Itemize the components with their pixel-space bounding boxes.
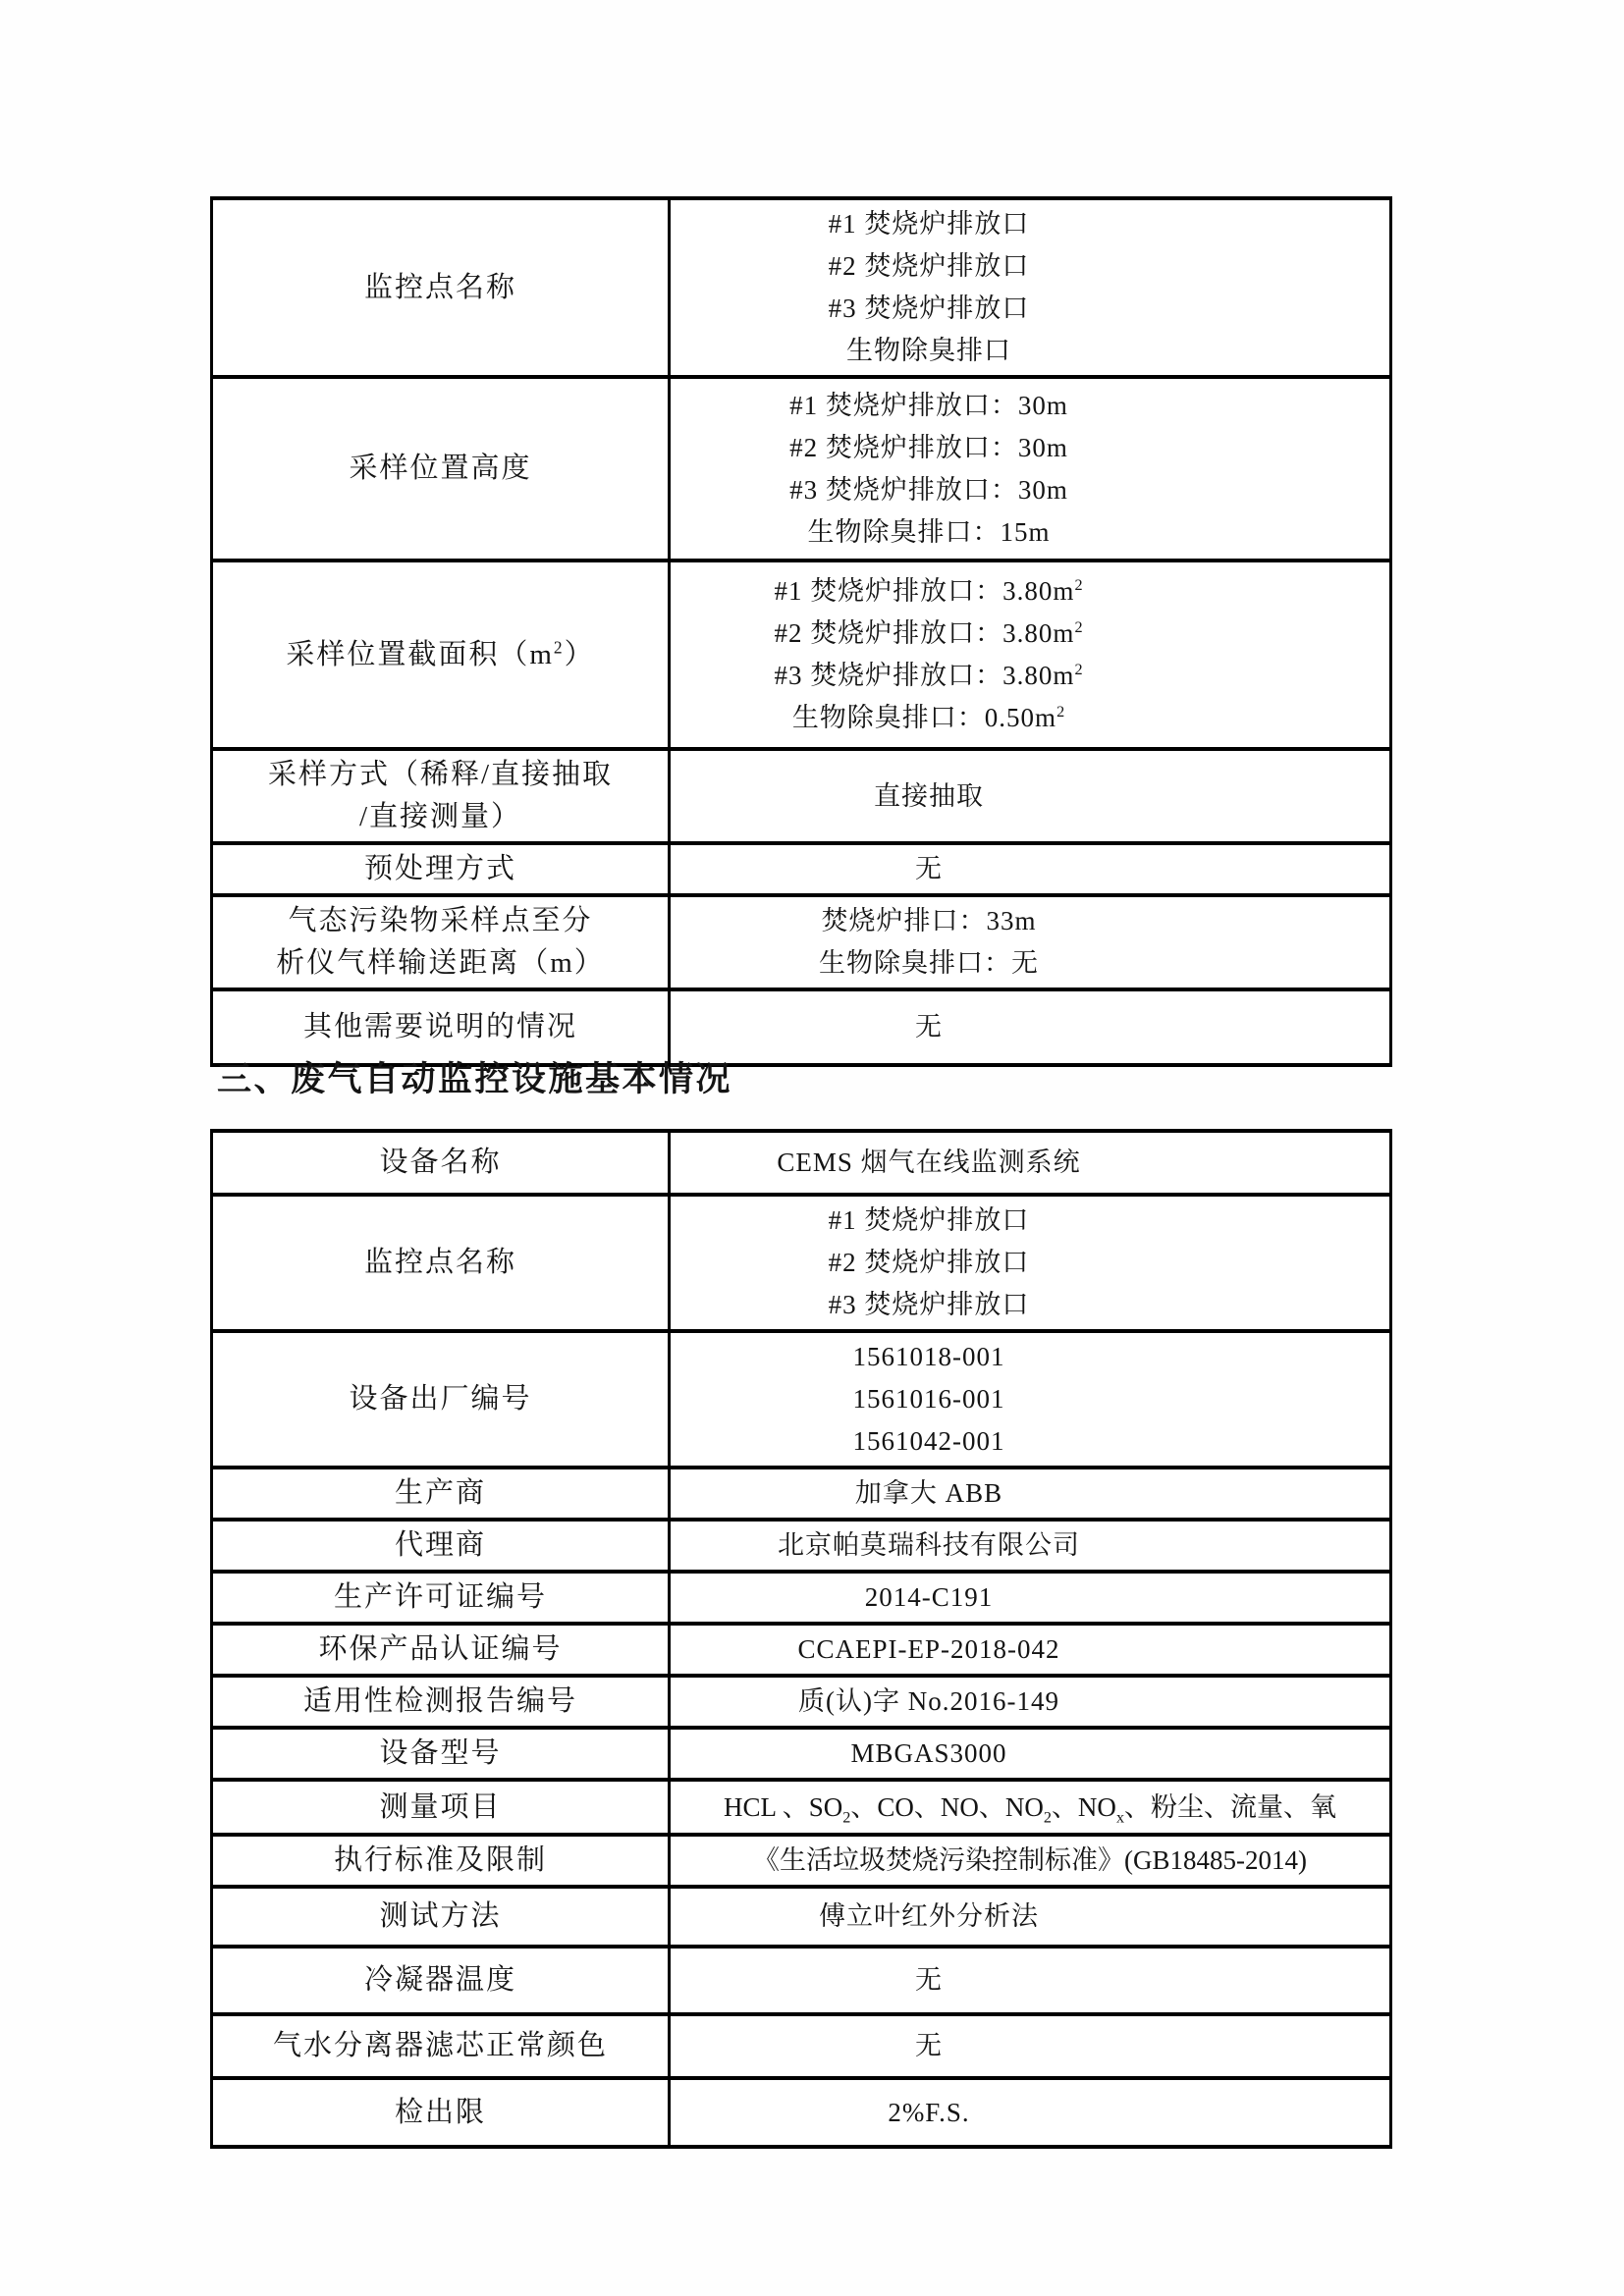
table-row: 监控点名称#1 焚烧炉排放口#2 焚烧炉排放口#3 焚烧炉排放口生物除臭排口 — [213, 200, 1389, 379]
row-label-cell: 设备型号 — [213, 1730, 671, 1778]
row-label-cell: 环保产品认证编号 — [213, 1626, 671, 1674]
table-row: 采样位置截面积（m2）#1 焚烧炉排放口：3.80m2#2 焚烧炉排放口：3.8… — [213, 562, 1389, 751]
superscript: 2 — [1074, 618, 1083, 636]
row-value-cell: 1561018-0011561016-0011561042-001 — [671, 1333, 1389, 1466]
cell-line: #2 焚烧炉排放口：3.80m2 — [677, 613, 1181, 655]
cell-line: 生物除臭排口：无 — [677, 942, 1181, 985]
row-value-cell: HCL 、SO2、CO、NO、NO2、NOx、粉尘、流量、氧 — [671, 1782, 1389, 1833]
cell-line: 设备型号 — [217, 1733, 664, 1775]
cell-line: 无 — [677, 848, 1181, 890]
section-heading: 三、废气自动监控设施基本情况 — [217, 1056, 732, 1103]
row-value-cell: MBGAS3000 — [671, 1730, 1389, 1778]
cell-line: 傅立叶红外分析法 — [677, 1896, 1181, 1938]
row-value-cell: 质(认)字 No.2016-149 — [671, 1678, 1389, 1726]
row-label-cell: 生产商 — [213, 1469, 671, 1518]
cell-line: 测试方法 — [217, 1896, 664, 1938]
row-label-cell: 监控点名称 — [213, 200, 671, 375]
row-value-cell: 无 — [671, 845, 1389, 893]
cell-line: HCL 、SO2、CO、NO、NO2、NOx、粉尘、流量、氧 — [677, 1787, 1383, 1829]
row-label-cell: 采样位置截面积（m2） — [213, 562, 671, 747]
cell-line: #2 焚烧炉排放口：30m — [677, 427, 1181, 469]
cell-line: 测量项目 — [217, 1787, 664, 1829]
cell-line: 1561016-001 — [677, 1378, 1181, 1420]
cell-line: 生物除臭排口：15m — [677, 511, 1181, 554]
row-value-cell: 傅立叶红外分析法 — [671, 1889, 1389, 1945]
row-label-cell: 代理商 — [213, 1522, 671, 1570]
cell-line: 北京帕莫瑞科技有限公司 — [677, 1524, 1181, 1567]
cell-line: 1561042-001 — [677, 1420, 1181, 1463]
superscript: 2 — [1074, 576, 1083, 594]
cell-line: #2 焚烧炉排放口 — [677, 1242, 1181, 1284]
row-label-cell: 其他需要说明的情况 — [213, 991, 671, 1063]
table-row: 气水分离器滤芯正常颜色无 — [213, 2016, 1389, 2080]
cell-line: 质(认)字 No.2016-149 — [677, 1681, 1181, 1723]
cell-line: 采样方式（稀释/直接抽取 — [217, 754, 664, 796]
row-label-cell: 气水分离器滤芯正常颜色 — [213, 2016, 671, 2076]
cell-line: 气水分离器滤芯正常颜色 — [217, 2025, 664, 2067]
cell-line: #2 焚烧炉排放口 — [677, 245, 1181, 288]
cell-line: CCAEPI-EP-2018-042 — [677, 1629, 1181, 1671]
cell-line: 采样位置截面积（m2） — [217, 634, 664, 676]
cell-line: #3 焚烧炉排放口 — [677, 1284, 1181, 1326]
row-value-cell: CCAEPI-EP-2018-042 — [671, 1626, 1389, 1674]
row-value-cell: 直接抽取 — [671, 751, 1389, 841]
row-label-cell: 测量项目 — [213, 1782, 671, 1833]
row-label-cell: 监控点名称 — [213, 1197, 671, 1329]
table-row: 气态污染物采样点至分析仪气样输送距离（m）焚烧炉排口：33m生物除臭排口：无 — [213, 897, 1389, 991]
cems-facility-table: 设备名称CEMS 烟气在线监测系统监控点名称#1 焚烧炉排放口#2 焚烧炉排放口… — [210, 1129, 1392, 2149]
cell-line: #1 焚烧炉排放口：30m — [677, 385, 1181, 427]
row-label-cell: 冷凝器温度 — [213, 1949, 671, 2012]
row-value-cell: 加拿大 ABB — [671, 1469, 1389, 1518]
superscript: 2 — [1056, 703, 1065, 721]
cell-line: 直接抽取 — [677, 775, 1181, 818]
cell-line: 无 — [677, 1959, 1181, 2002]
row-value-cell: #1 焚烧炉排放口：30m#2 焚烧炉排放口：30m#3 焚烧炉排放口：30m生… — [671, 379, 1389, 559]
cell-line: #3 焚烧炉排放口 — [677, 288, 1181, 330]
waste-gas-sampling-table: 监控点名称#1 焚烧炉排放口#2 焚烧炉排放口#3 焚烧炉排放口生物除臭排口采样… — [210, 196, 1392, 1067]
table-row: 适用性检测报告编号质(认)字 No.2016-149 — [213, 1678, 1389, 1730]
row-label-cell: 生产许可证编号 — [213, 1574, 671, 1622]
cell-line: 加拿大 ABB — [677, 1472, 1181, 1515]
cell-line: #3 焚烧炉排放口：3.80m2 — [677, 655, 1181, 697]
row-label-cell: 预处理方式 — [213, 845, 671, 893]
table-row: 监控点名称#1 焚烧炉排放口#2 焚烧炉排放口#3 焚烧炉排放口 — [213, 1197, 1389, 1333]
cell-line: 无 — [677, 2025, 1181, 2067]
cell-line: 设备出厂编号 — [217, 1378, 664, 1420]
cell-line: 焚烧炉排口：33m — [677, 900, 1181, 942]
superscript: 2 — [554, 637, 565, 657]
cell-line: 无 — [677, 1006, 1181, 1048]
row-value-cell: CEMS 烟气在线监测系统 — [671, 1133, 1389, 1193]
cell-line: #1 焚烧炉排放口 — [677, 1200, 1181, 1242]
cell-line: /直接测量） — [217, 796, 664, 838]
table-row: 预处理方式无 — [213, 845, 1389, 897]
row-value-cell: 2014-C191 — [671, 1574, 1389, 1622]
row-value-cell: 无 — [671, 991, 1389, 1063]
table-row: 环保产品认证编号CCAEPI-EP-2018-042 — [213, 1626, 1389, 1678]
cell-line: 析仪气样输送距离（m） — [217, 942, 664, 985]
cell-line: #1 焚烧炉排放口 — [677, 203, 1181, 245]
row-label-cell: 采样方式（稀释/直接抽取/直接测量） — [213, 751, 671, 841]
row-value-cell: #1 焚烧炉排放口：3.80m2#2 焚烧炉排放口：3.80m2#3 焚烧炉排放… — [671, 562, 1389, 747]
cell-line: 代理商 — [217, 1524, 664, 1567]
row-label-cell: 气态污染物采样点至分析仪气样输送距离（m） — [213, 897, 671, 988]
cell-line: 执行标准及限制 — [217, 1840, 664, 1882]
cell-line: 其他需要说明的情况 — [217, 1006, 664, 1048]
row-label-cell: 执行标准及限制 — [213, 1837, 671, 1885]
cell-line: 检出限 — [217, 2092, 664, 2134]
cell-line: #1 焚烧炉排放口：3.80m2 — [677, 570, 1181, 613]
cell-line: 适用性检测报告编号 — [217, 1681, 664, 1723]
row-label-cell: 适用性检测报告编号 — [213, 1678, 671, 1726]
table-row: 设备型号MBGAS3000 — [213, 1730, 1389, 1782]
cell-line: 生物除臭排口：0.50m2 — [677, 697, 1181, 739]
cell-line: 《生活垃圾焚烧污染控制标准》(GB18485-2014) — [677, 1840, 1383, 1882]
row-label-cell: 设备出厂编号 — [213, 1333, 671, 1466]
table-row: 检出限2%F.S. — [213, 2080, 1389, 2145]
superscript: 2 — [1074, 661, 1083, 678]
cell-line: 采样位置高度 — [217, 448, 664, 490]
table-row: 冷凝器温度无 — [213, 1949, 1389, 2016]
table-row: 生产商加拿大 ABB — [213, 1469, 1389, 1522]
subscript: 2 — [1044, 1808, 1052, 1826]
row-value-cell: #1 焚烧炉排放口#2 焚烧炉排放口#3 焚烧炉排放口生物除臭排口 — [671, 200, 1389, 375]
row-value-cell: #1 焚烧炉排放口#2 焚烧炉排放口#3 焚烧炉排放口 — [671, 1197, 1389, 1329]
table-row: 采样位置高度#1 焚烧炉排放口：30m#2 焚烧炉排放口：30m#3 焚烧炉排放… — [213, 379, 1389, 562]
cell-line: 冷凝器温度 — [217, 1959, 664, 2002]
row-value-cell: 2%F.S. — [671, 2080, 1389, 2145]
row-label-cell: 设备名称 — [213, 1133, 671, 1193]
cell-line: 生物除臭排口 — [677, 330, 1181, 372]
cell-line: 设备名称 — [217, 1142, 664, 1184]
row-value-cell: 无 — [671, 1949, 1389, 2012]
table-row: 测量项目HCL 、SO2、CO、NO、NO2、NOx、粉尘、流量、氧 — [213, 1782, 1389, 1837]
cell-line: #3 焚烧炉排放口：30m — [677, 469, 1181, 511]
cell-line: 2%F.S. — [677, 2092, 1181, 2134]
cell-line: 监控点名称 — [217, 267, 664, 309]
document-page: 监控点名称#1 焚烧炉排放口#2 焚烧炉排放口#3 焚烧炉排放口生物除臭排口采样… — [0, 0, 1624, 2296]
row-label-cell: 采样位置高度 — [213, 379, 671, 559]
cell-line: 生产商 — [217, 1472, 664, 1515]
table-row: 执行标准及限制《生活垃圾焚烧污染控制标准》(GB18485-2014) — [213, 1837, 1389, 1889]
row-value-cell: 无 — [671, 2016, 1389, 2076]
cell-line: 预处理方式 — [217, 848, 664, 890]
row-label-cell: 检出限 — [213, 2080, 671, 2145]
table-row: 生产许可证编号2014-C191 — [213, 1574, 1389, 1626]
cell-line: 环保产品认证编号 — [217, 1629, 664, 1671]
table-row: 设备出厂编号1561018-0011561016-0011561042-001 — [213, 1333, 1389, 1469]
table-row: 测试方法傅立叶红外分析法 — [213, 1889, 1389, 1949]
row-value-cell: 《生活垃圾焚烧污染控制标准》(GB18485-2014) — [671, 1837, 1389, 1885]
row-label-cell: 测试方法 — [213, 1889, 671, 1945]
table-row: 其他需要说明的情况无 — [213, 991, 1389, 1063]
cell-line: MBGAS3000 — [677, 1733, 1181, 1775]
cell-line: CEMS 烟气在线监测系统 — [677, 1142, 1181, 1184]
cell-line: 生产许可证编号 — [217, 1576, 664, 1619]
table-row: 代理商北京帕莫瑞科技有限公司 — [213, 1522, 1389, 1574]
row-value-cell: 北京帕莫瑞科技有限公司 — [671, 1522, 1389, 1570]
subscript: x — [1116, 1808, 1124, 1826]
cell-line: 气态污染物采样点至分 — [217, 900, 664, 942]
table-row: 采样方式（稀释/直接抽取/直接测量）直接抽取 — [213, 751, 1389, 845]
table-row: 设备名称CEMS 烟气在线监测系统 — [213, 1133, 1389, 1197]
cell-line: 1561018-001 — [677, 1336, 1181, 1378]
cell-line: 2014-C191 — [677, 1576, 1181, 1619]
row-value-cell: 焚烧炉排口：33m生物除臭排口：无 — [671, 897, 1389, 988]
cell-line: 监控点名称 — [217, 1242, 664, 1284]
